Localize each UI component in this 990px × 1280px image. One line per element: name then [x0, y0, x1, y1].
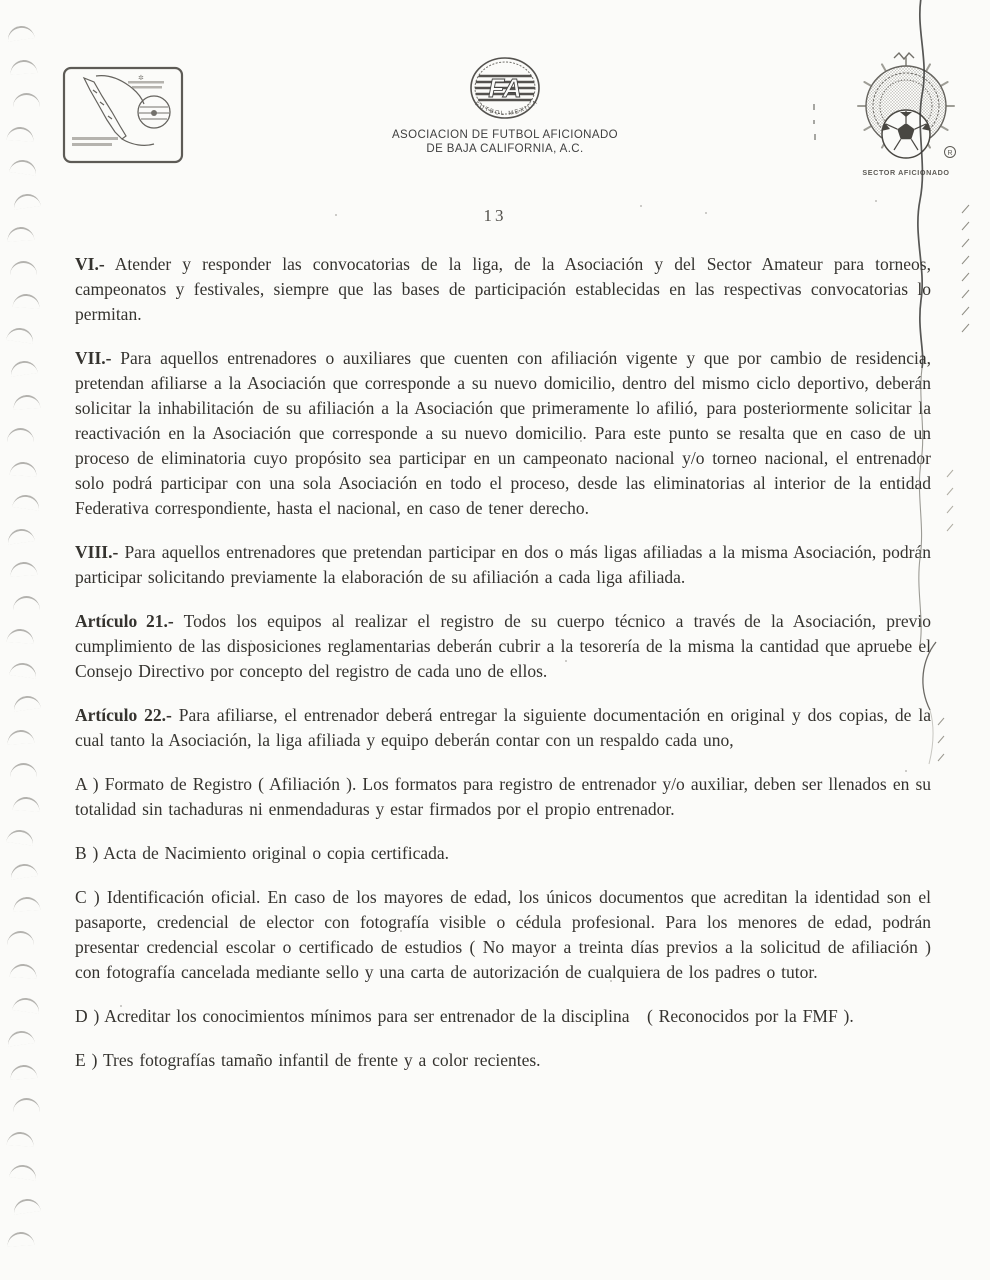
registered-trademark-icon: R: [945, 147, 956, 158]
paragraph-label: VI.-: [75, 254, 105, 274]
binding-mark: [7, 729, 35, 745]
paragraph-text: Para afiliarse, el entrenador deberá ent…: [75, 705, 931, 750]
binding-mark: [10, 1064, 38, 1080]
paragraph-text: Identificación oficial. En caso de los m…: [75, 887, 931, 982]
paragraph-item-c: C ) Identificación oficial. En caso de l…: [75, 885, 931, 985]
binding-mark: [7, 126, 35, 142]
paragraph-item-b: B ) Acta de Nacimiento original o copia …: [75, 841, 931, 866]
scan-speckle: [905, 770, 907, 772]
paragraph-vi: VI.- Atender y responder las convocatori…: [75, 252, 931, 327]
scan-speckle: [565, 660, 567, 662]
binding-mark: [13, 1098, 40, 1112]
binding-mark: [12, 996, 41, 1014]
paragraph-text: Acreditar los conocimientos mínimos para…: [104, 1006, 854, 1026]
paragraph-label: Artículo 21.-: [75, 611, 174, 631]
binding-mark: [9, 862, 38, 880]
binding-mark: [7, 931, 34, 945]
stamp-soccer-ball-icon: [138, 96, 170, 128]
paragraph-label: VII.-: [75, 348, 111, 368]
svg-text:R: R: [947, 150, 952, 157]
paragraph-label: D ): [75, 1006, 99, 1026]
org-name: ASOCIACION DE FUTBOL AFICIONADO DE BAJA …: [320, 128, 690, 156]
binding-mark: [7, 428, 34, 442]
binding-mark: [7, 1131, 35, 1147]
binding-mark: [12, 493, 41, 511]
document-page: ✲ FA FUTBOL MEXICANO: [0, 0, 990, 1280]
paragraph-text: Para aquellos entrenadores que pretendan…: [75, 542, 931, 587]
scan-speckle: [830, 645, 832, 647]
binding-mark: [7, 226, 35, 242]
binding-mark: [13, 93, 40, 107]
logo-fa-initials: FA: [488, 73, 521, 103]
scan-speckle: [640, 205, 642, 207]
binding-mark: [10, 963, 38, 979]
binding-mark: [13, 293, 41, 309]
binding-mark: [10, 763, 37, 777]
emblem-soccer-ball-icon: [881, 110, 931, 158]
paragraph-item-d: D ) Acreditar los conocimientos mínimos …: [75, 1004, 931, 1029]
paragraph-text: Tres fotografías tamaño infantil de fren…: [103, 1050, 541, 1070]
binding-mark: [7, 1231, 35, 1247]
scan-speckle: [705, 212, 707, 214]
edge-scratch-marks-lower: [938, 718, 944, 761]
org-name-line2: DE BAJA CALIFORNIA, A.C.: [320, 142, 690, 156]
binding-mark: [9, 1163, 38, 1181]
binding-mark: [12, 1197, 41, 1215]
paragraph-label: VIII.-: [75, 542, 118, 562]
paragraph-text: Todos los equipos al realizar el registr…: [75, 611, 931, 681]
page-number: 13: [0, 206, 990, 226]
fmf-sector-aficionado-logo: R SECTOR AFICIONADO: [846, 48, 966, 184]
binding-mark: [6, 527, 35, 545]
paragraph-label: A ): [75, 774, 99, 794]
scan-speckle: [580, 440, 582, 442]
baja-california-stamp-logo: ✲: [62, 66, 186, 166]
org-name-line1: ASOCIACION DE FUTBOL AFICIONADO: [320, 128, 690, 142]
binding-mark: [6, 1029, 35, 1047]
binding-mark: [9, 661, 38, 679]
binding-mark: [13, 596, 40, 610]
paragraph-text: Acta de Nacimiento original o copia cert…: [103, 843, 449, 863]
scan-speckle: [335, 214, 337, 216]
binding-mark: [10, 461, 38, 477]
binding-mark: [6, 326, 35, 344]
binding-mark: [10, 261, 37, 275]
sector-aficionado-caption: SECTOR AFICIONADO: [862, 168, 949, 177]
paragraph-text: Atender y responder las convocatorias de…: [75, 254, 931, 324]
binding-mark: [9, 158, 38, 176]
scan-speckle: [400, 930, 402, 932]
stamp-star-mark: ✲: [138, 74, 144, 82]
paragraph-label: B ): [75, 843, 98, 863]
binding-mark: [10, 561, 38, 577]
document-body: VI.- Atender y responder las convocatori…: [75, 252, 931, 1092]
scan-speckle: [875, 200, 877, 202]
binding-mark: [6, 24, 35, 42]
binding-mark: [13, 394, 41, 410]
paragraph-vii: VII.- Para aquellos entrenadores o auxil…: [75, 346, 931, 521]
binding-mark: [12, 192, 41, 210]
paragraph-articulo-22: Artículo 22.- Para afiliarse, el entrena…: [75, 703, 931, 753]
paragraph-label: E ): [75, 1050, 97, 1070]
scan-speckle: [120, 1005, 122, 1007]
binding-mark: [12, 694, 41, 712]
emblem-crown: [894, 53, 914, 59]
fa-futbol-mexicano-logo: FA FUTBOL MEXICANO: [463, 52, 547, 130]
binding-mark: [7, 628, 35, 644]
paragraph-item-a: A ) Formato de Registro ( Afiliación ). …: [75, 772, 931, 822]
scan-speckle: [610, 980, 612, 982]
binding-mark: [10, 59, 38, 75]
ink-dot-marks: [814, 104, 815, 140]
paragraph-text: Para aquellos entrenadores o auxiliares …: [75, 348, 931, 518]
binding-mark: [13, 796, 41, 812]
paragraph-label: C ): [75, 887, 100, 907]
paragraph-label: Artículo 22.-: [75, 705, 172, 725]
paragraph-articulo-21: Artículo 21.- Todos los equipos al reali…: [75, 609, 931, 684]
binding-mark: [9, 359, 38, 377]
edge-scratch-marks-middle: [947, 470, 953, 531]
paragraph-item-e: E ) Tres fotografías tamaño infantil de …: [75, 1048, 931, 1073]
paragraph-text: Formato de Registro ( Afiliación ). Los …: [75, 774, 931, 819]
binding-mark: [6, 828, 35, 846]
binding-mark: [13, 896, 41, 912]
paragraph-viii: VIII.- Para aquellos entrenadores que pr…: [75, 540, 931, 590]
scan-speckle: [250, 640, 252, 642]
